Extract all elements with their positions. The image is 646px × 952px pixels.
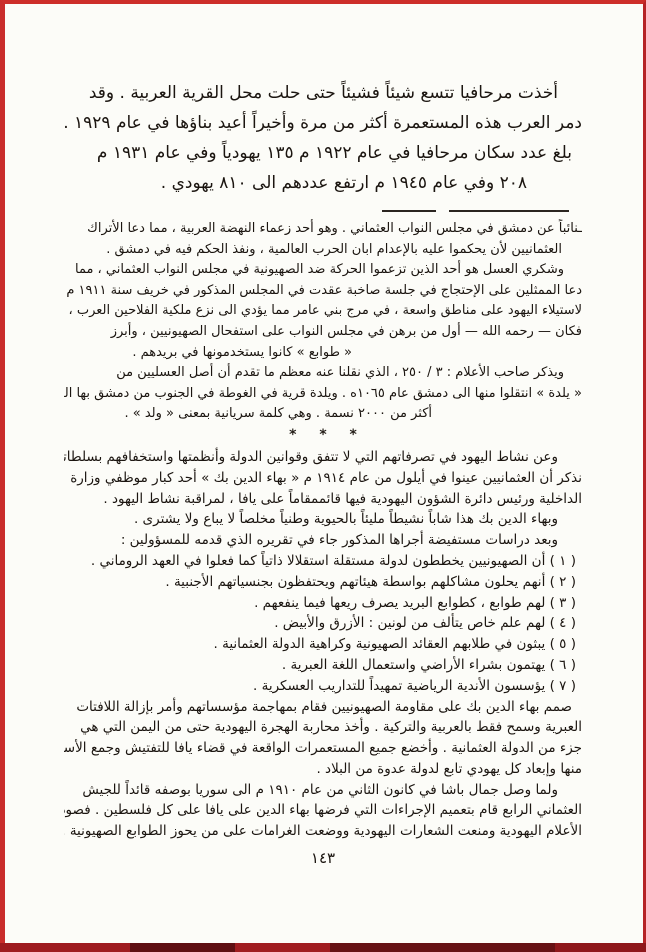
text-line: دعا الممثلين على الإحتجاج في جلسة صاخبة …: [64, 281, 582, 302]
list-item: ( ٥ ) يبثون في طلابهم العقائد الصهيونية …: [64, 634, 576, 655]
text-line: نذكر أن العثمانيين عينوا في أيلول من عام…: [64, 468, 582, 489]
list-item: ( ٤ ) لهم علم خاص يتألف من لونين : الأزر…: [64, 613, 576, 634]
text-line: دمر العرب هذه المستعمرة أكثر من مرة وأخي…: [64, 108, 582, 138]
text-line: « طوابع » كانوا يستخدمونها في بريدهم .: [64, 343, 352, 364]
text-line: وعن نشاط اليهود في تصرفاتهم التي لا تتفق…: [64, 447, 582, 468]
text-line: العبرية وسمح فقط بالعربية والتركية . وأخ…: [64, 717, 582, 738]
main-text: وعن نشاط اليهود في تصرفاتهم التي لا تتفق…: [64, 447, 582, 842]
text-line: الداخلية ورئيس دائرة الشؤون اليهودية فيه…: [64, 489, 582, 510]
intro-paragraph: أخذت مرحافيا تتسع شيئاً فشيئاً حتى حلت م…: [64, 78, 582, 198]
report-list: ( ١ ) أن الصهيونيين يخططون لدولة مستقلة …: [64, 551, 582, 697]
text-line: ٢٠٨ وفي عام ١٩٤٥ م ارتفع عددهم الى ٨١٠ ي…: [64, 168, 527, 198]
text-line: وشكري العسل هو أحد الذين تزعموا الحركة ض…: [64, 260, 582, 281]
footnote-block: ـنائباً عن دمشق في مجلس النواب العثماني …: [64, 219, 582, 425]
list-item: ( ٧ ) يؤسسون الأندية الرياضية تمهيداً لل…: [64, 676, 576, 697]
list-item: ( ٢ ) أنهم يحلون مشاكلهم بواسطة هيئاتهم …: [64, 572, 576, 593]
page-number: ١٤٣: [0, 849, 646, 867]
text-line: أكثر من ٢٠٠٠ نسمة . وهي كلمة سريانية بمع…: [64, 404, 432, 425]
text-line: منها وإبعاد كل يهودي تابع لدولة عدوة من …: [64, 759, 582, 780]
paragraph: ولما وصل جمال باشا في كانون الثاني من عا…: [64, 780, 582, 842]
book-page: أخذت مرحافيا تتسع شيئاً فشيئاً حتى حلت م…: [0, 0, 646, 952]
text-line: صمم بهاء الدين بك على مقاومة الصهيونيين …: [64, 697, 582, 718]
text-line: لاستيلاء اليهود على مناطق واسعة ، في مرج…: [64, 301, 582, 322]
text-line: وبهاء الدين بك هذا شاباً نشيطاً مليئاً ب…: [64, 509, 582, 530]
page-content: أخذت مرحافيا تتسع شيئاً فشيئاً حتى حلت م…: [64, 4, 582, 842]
text-line: الأعلام اليهودية ومنعت الشعارات اليهودية…: [64, 821, 582, 842]
text-line: العثماني الرابع قام بتعميم الإجراءات الت…: [64, 800, 582, 821]
list-item: ( ٦ ) يهتمون بشراء الأراضي واستعمال اللغ…: [64, 655, 576, 676]
text-line: أخذت مرحافيا تتسع شيئاً فشيئاً حتى حلت م…: [64, 78, 582, 108]
paragraph: صمم بهاء الدين بك على مقاومة الصهيونيين …: [64, 697, 582, 780]
text-line: ـنائباً عن دمشق في مجلس النواب العثماني …: [64, 219, 582, 240]
paragraph: وعن نشاط اليهود في تصرفاتهم التي لا تتفق…: [64, 447, 582, 509]
text-line: بلغ عدد سكان مرحافيا في عام ١٩٢٢ م ١٣٥ ي…: [64, 138, 582, 168]
bottom-border: [0, 943, 646, 952]
text-line: وبعد دراسات مستفيضة أجراها المذكور جاء ف…: [64, 530, 582, 551]
text-line: جزء من الدولة العثمانية . وأخضع جميع الم…: [64, 738, 582, 759]
asterisk-divider: * * *: [64, 425, 582, 445]
separator-segment: [382, 210, 436, 212]
footnote-separator: [64, 210, 582, 213]
text-line: ويذكر صاحب الأعلام : ٣ / ٢٥٠ ، الذي نقلن…: [64, 363, 582, 384]
separator-segment: [449, 210, 569, 212]
text-line: فكان — رحمه الله — أول من برهن في مجلس ا…: [64, 322, 582, 343]
list-item: ( ٣ ) لهم طوابع ، كطوابع البريد يصرف ريع…: [64, 593, 576, 614]
text-line: العثمانيين لأن يحكموا عليه بالإعدام ابان…: [64, 240, 562, 261]
text-line: ولما وصل جمال باشا في كانون الثاني من عا…: [64, 780, 582, 801]
list-item: ( ١ ) أن الصهيونيين يخططون لدولة مستقلة …: [64, 551, 576, 572]
text-line: « يلدة » انتقلوا منها الى دمشق عام ١٠٦٥ه…: [64, 384, 582, 405]
